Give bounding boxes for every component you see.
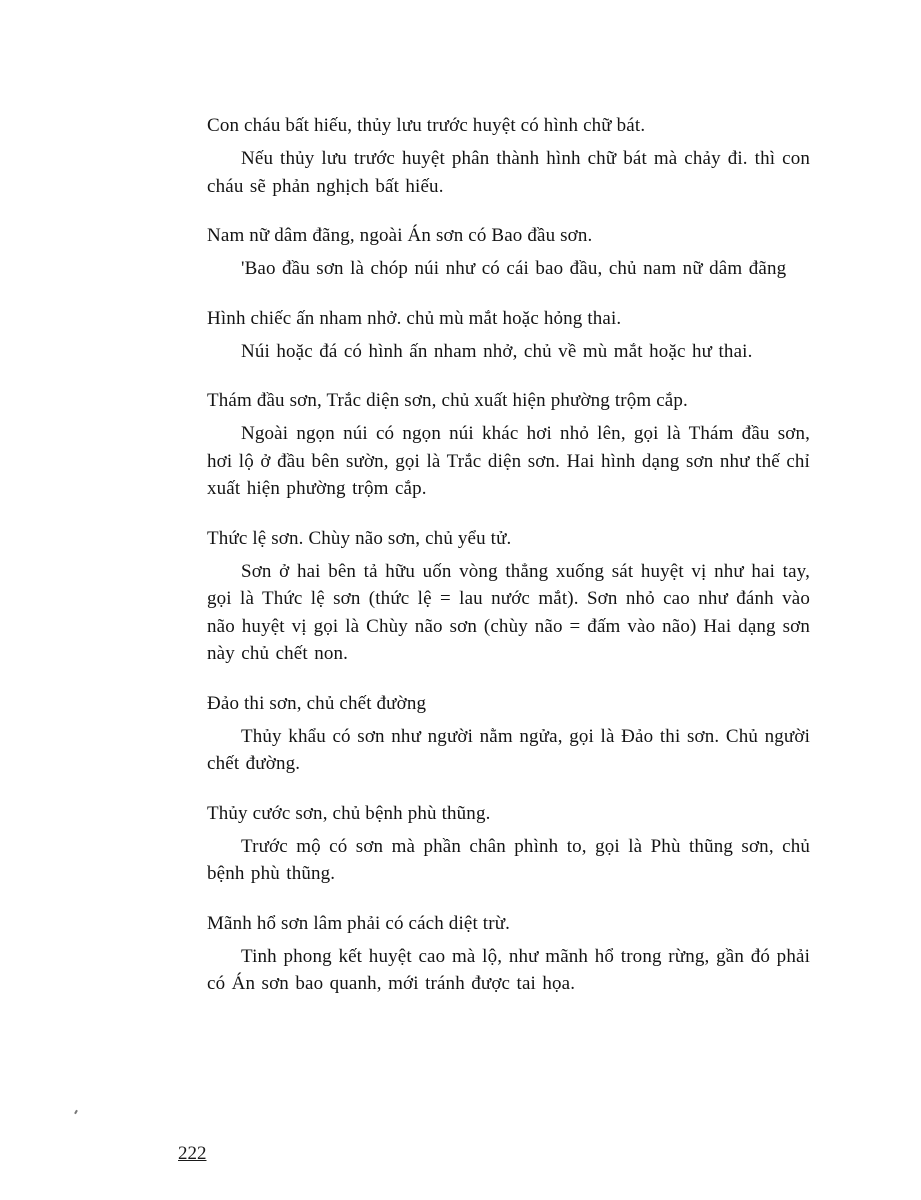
entry-8: Mãnh hổ sơn lâm phải có cách diệt trừ. T…	[207, 910, 810, 998]
entry-paragraph: Núi hoặc đá có hình ấn nham nhở, chủ về …	[207, 338, 810, 366]
entry-heading: Nam nữ dâm đãng, ngoài Án sơn có Bao đầu…	[207, 222, 810, 249]
entry-heading: Thức lệ sơn. Chùy não sơn, chủ yểu tử.	[207, 525, 810, 552]
page-number: 222	[178, 1143, 207, 1165]
entry-paragraph: Tinh phong kết huyệt cao mà lộ, như mãnh…	[207, 943, 810, 998]
scan-speck	[74, 1110, 78, 1114]
entry-paragraph: 'Bao đầu sơn là chóp núi như có cái bao …	[207, 255, 810, 283]
entry-5: Thức lệ sơn. Chùy não sơn, chủ yểu tử. S…	[207, 525, 810, 668]
entry-heading: Con cháu bất hiếu, thủy lưu trước huyệt …	[207, 112, 810, 139]
entry-1: Con cháu bất hiếu, thủy lưu trước huyệt …	[207, 112, 810, 200]
entry-2: Nam nữ dâm đãng, ngoài Án sơn có Bao đầu…	[207, 222, 810, 283]
entry-paragraph: Sơn ở hai bên tả hữu uốn vòng thẳng xuốn…	[207, 558, 810, 668]
entry-heading: Thủy cước sơn, chủ bệnh phù thũng.	[207, 800, 810, 827]
entry-4: Thám đầu sơn, Trắc diện sơn, chủ xuất hi…	[207, 387, 810, 503]
entry-heading: Thám đầu sơn, Trắc diện sơn, chủ xuất hi…	[207, 387, 810, 414]
entry-heading: Hình chiếc ấn nham nhở. chủ mù mắt hoặc …	[207, 305, 810, 332]
entry-7: Thủy cước sơn, chủ bệnh phù thũng. Trước…	[207, 800, 810, 888]
page-body: Con cháu bất hiếu, thủy lưu trước huyệt …	[207, 112, 810, 1020]
entry-paragraph: Trước mộ có sơn mà phần chân phình to, g…	[207, 833, 810, 888]
entry-paragraph: Thủy khẩu có sơn như người nằm ngửa, gọi…	[207, 723, 810, 778]
entry-3: Hình chiếc ấn nham nhở. chủ mù mắt hoặc …	[207, 305, 810, 366]
entry-paragraph: Ngoài ngọn núi có ngọn núi khác hơi nhỏ …	[207, 420, 810, 503]
entry-heading: Đảo thi sơn, chủ chết đường	[207, 690, 810, 717]
entry-heading: Mãnh hổ sơn lâm phải có cách diệt trừ.	[207, 910, 810, 937]
entry-6: Đảo thi sơn, chủ chết đường Thủy khẩu có…	[207, 690, 810, 778]
entry-paragraph: Nếu thủy lưu trước huyệt phân thành hình…	[207, 145, 810, 200]
